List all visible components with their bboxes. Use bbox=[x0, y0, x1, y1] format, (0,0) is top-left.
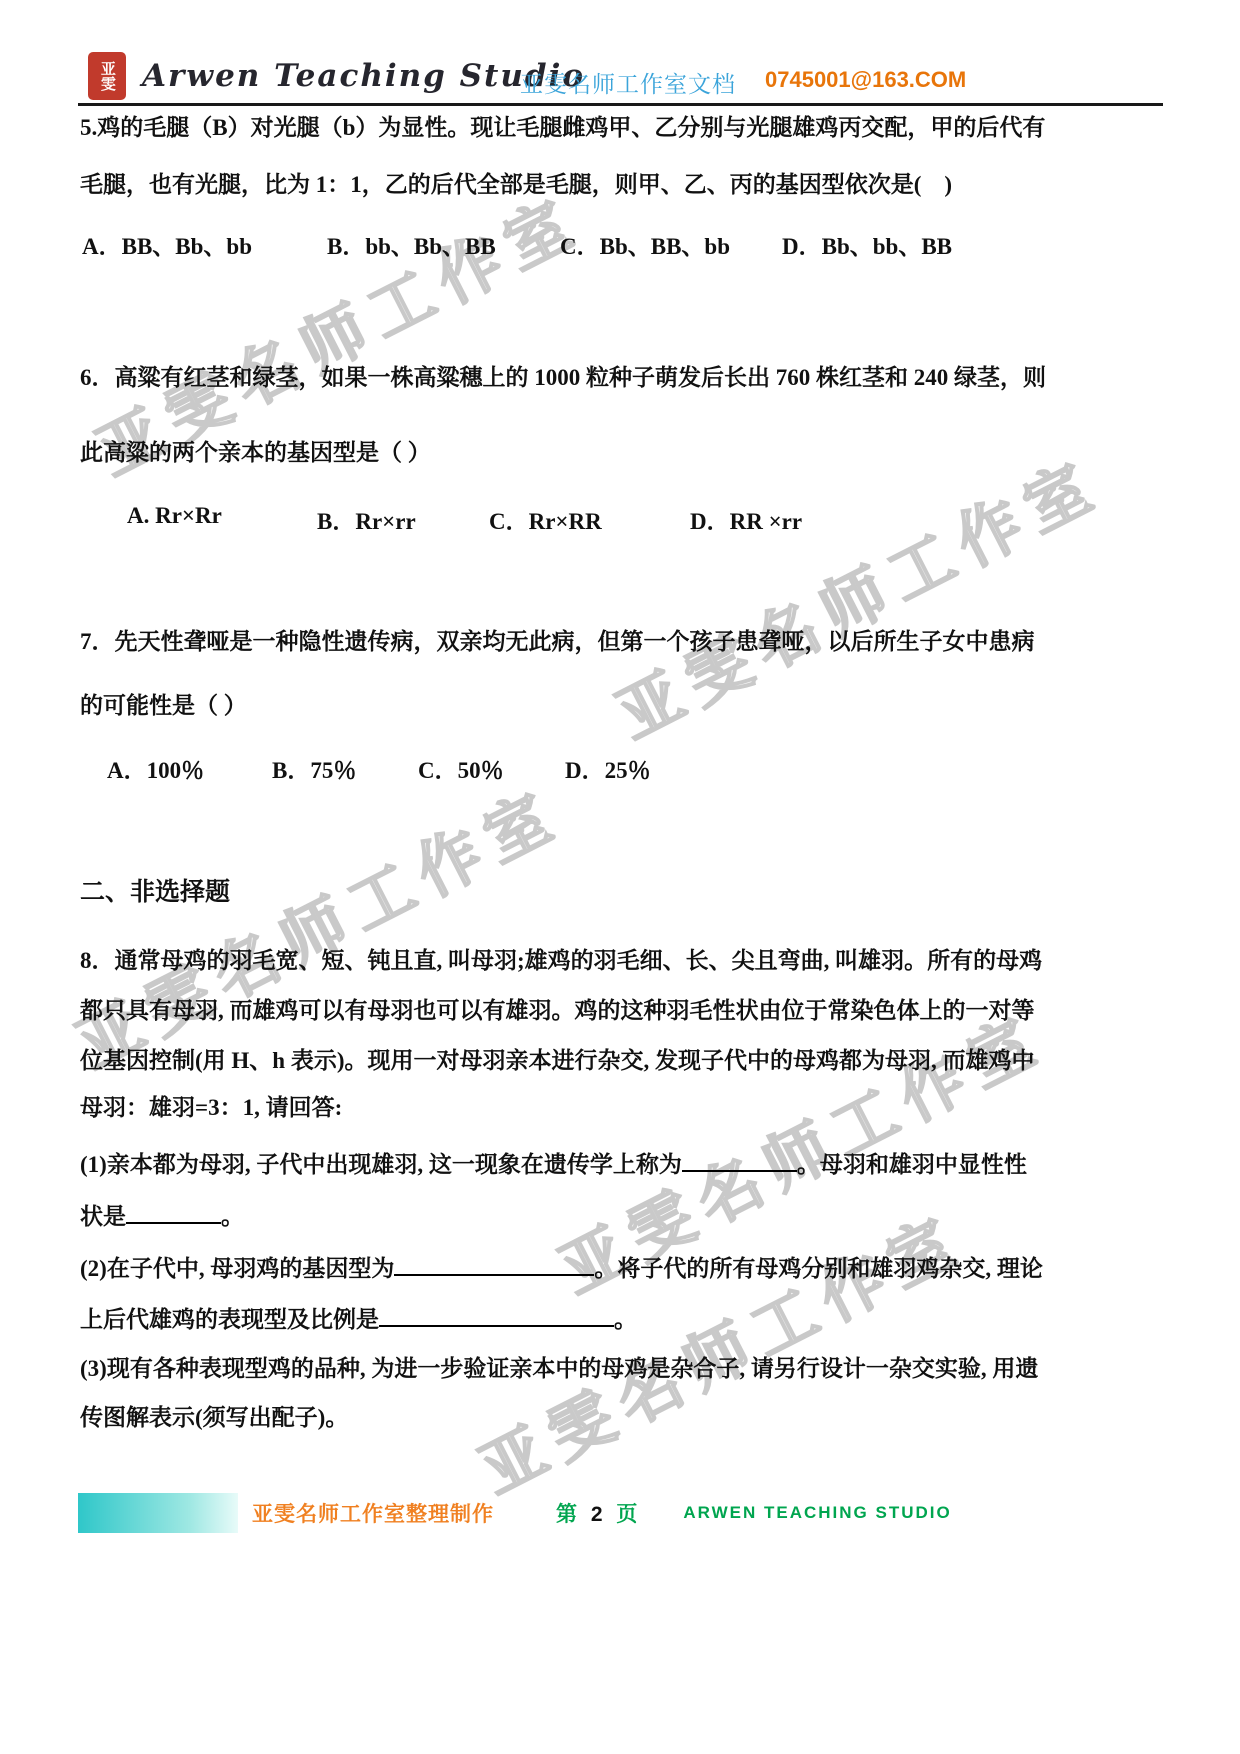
q8-sub1-text-c: 状是 bbox=[80, 1204, 126, 1229]
q5-options: A．BB、Bb、bb B．bb、Bb、BB C．Bb、BB、bb D．Bb、bb… bbox=[80, 228, 1162, 260]
q8-sub1-text-a: (1)亲本都为母羽, 子代中出现雄羽, 这一现象在遗传学上称为 bbox=[80, 1152, 682, 1177]
footer-page-suffix: 页 bbox=[616, 1503, 641, 1526]
q7-line2: 的可能性是（ ） bbox=[80, 690, 247, 722]
footer-studio-en: ARWEN TEACHING STUDIO bbox=[683, 1503, 951, 1523]
q7-option-b: B．75％ bbox=[272, 752, 356, 785]
q8-line3: 位基因控制(用 H、h 表示)。现用一对母羽亲本进行杂交, 发现子代中的母鸡都为… bbox=[80, 1045, 1035, 1077]
page-footer: 亚雯名师工作室整理制作 第 2 页 ARWEN TEACHING STUDIO bbox=[78, 1492, 1162, 1534]
studio-seal-logo: 亚雯 bbox=[88, 52, 126, 100]
q7-option-c: C．50％ bbox=[418, 752, 504, 785]
contact-email: 0745001@163.COM bbox=[765, 67, 966, 93]
q5-option-c: C．Bb、BB、bb bbox=[560, 228, 730, 261]
q5-option-b: B．bb、Bb、BB bbox=[327, 228, 496, 261]
studio-script-title: Arwen Teaching Studio bbox=[142, 58, 585, 94]
doc-label: 亚雯名师工作室文档 bbox=[520, 66, 736, 99]
q7-line1: 7．先天性聋哑是一种隐性遗传病，双亲均无此病，但第一个孩子患聋哑，以后所生子女中… bbox=[80, 626, 1035, 658]
footer-page-prefix: 第 bbox=[556, 1503, 581, 1526]
q5-option-a: A．BB、Bb、bb bbox=[82, 228, 252, 261]
q8-sub2-line2: 上后代雄鸡的表现型及比例是。 bbox=[80, 1303, 637, 1336]
footer-page-indicator: 第 2 页 bbox=[556, 1498, 641, 1528]
q7-options: A．100％ B．75％ C．50％ D．25％ bbox=[80, 752, 1162, 784]
q8-line2: 都只具有母羽, 而雄鸡可以有母羽也可以有雄羽。鸡的这种羽毛性状由位于常染色体上的… bbox=[80, 995, 1035, 1027]
section-2-title: 二、非选择题 bbox=[80, 872, 230, 908]
q8-sub2-text-c: 上后代雄鸡的表现型及比例是 bbox=[80, 1307, 379, 1332]
q6-option-c: C．Rr×RR bbox=[489, 503, 602, 536]
q7-option-a: A．100％ bbox=[107, 752, 204, 785]
q8-sub2-text-a: (2)在子代中, 母羽鸡的基因型为 bbox=[80, 1256, 394, 1281]
q8-sub2-text-d: 。 bbox=[614, 1307, 637, 1332]
q8-sub2-line1: (2)在子代中, 母羽鸡的基因型为。将子代的所有母鸡分别和雄羽鸡杂交, 理论 bbox=[80, 1252, 1043, 1285]
q8-sub1-line1: (1)亲本都为母羽, 子代中出现雄羽, 这一现象在遗传学上称为。母羽和雄羽中显性… bbox=[80, 1148, 1027, 1181]
q8-sub3-line2: 传图解表示(须写出配子)。 bbox=[80, 1402, 348, 1434]
q6-line1: 6．高粱有红茎和绿茎，如果一株高粱穗上的 1000 粒种子萌发后长出 760 株… bbox=[80, 362, 1046, 394]
content-layer: 亚雯 Arwen Teaching Studio 亚雯名师工作室文档 07450… bbox=[0, 0, 1240, 1754]
q6-line2: 此高粱的两个亲本的基因型是（ ） bbox=[80, 437, 431, 469]
footer-cyan-bar bbox=[78, 1493, 238, 1533]
q5-option-d: D．Bb、bb、BB bbox=[782, 228, 952, 261]
q6-option-a: A. Rr×Rr bbox=[127, 503, 222, 529]
header-divider bbox=[78, 103, 1163, 106]
q8-sub1-line2: 状是。 bbox=[80, 1200, 244, 1233]
q7-option-d: D．25％ bbox=[565, 752, 651, 785]
q8-sub1-blank2 bbox=[126, 1200, 221, 1224]
q6-options: A. Rr×Rr B．Rr×rr C．Rr×RR D．RR ×rr bbox=[80, 503, 1162, 535]
q8-line4: 母羽：雄羽=3：1, 请回答: bbox=[80, 1092, 342, 1124]
footer-page-number: 2 bbox=[591, 1503, 607, 1526]
q8-line1: 8．通常母鸡的羽毛宽、短、钝且直, 叫母羽;雄鸡的羽毛细、长、尖且弯曲, 叫雄羽… bbox=[80, 945, 1042, 977]
q5-line1: 5.鸡的毛腿（B）对光腿（b）为显性。现让毛腿雌鸡甲、乙分别与光腿雄鸡丙交配，甲… bbox=[80, 112, 1045, 144]
q8-sub1-text-b: 。母羽和雄羽中显性性 bbox=[797, 1152, 1027, 1177]
q8-sub3-line1: (3)现有各种表现型鸡的品种, 为进一步验证亲本中的母鸡是杂合子, 请另行设计一… bbox=[80, 1353, 1038, 1385]
document-page: 亚雯名师工作室 亚雯名师工作室 亚雯名师工作室 亚雯名师工作室 亚雯名师工作室 … bbox=[0, 0, 1240, 1754]
q8-sub2-blank2 bbox=[379, 1303, 614, 1327]
footer-made-by: 亚雯名师工作室整理制作 bbox=[252, 1498, 494, 1528]
q8-sub2-blank1 bbox=[394, 1252, 594, 1276]
q8-sub1-blank1 bbox=[682, 1148, 797, 1172]
q5-line2: 毛腿，也有光腿，比为 1：1，乙的后代全部是毛腿，则甲、乙、丙的基因型依次是( … bbox=[80, 169, 952, 201]
q6-option-b: B．Rr×rr bbox=[317, 503, 416, 536]
q6-option-d: D．RR ×rr bbox=[690, 503, 802, 536]
q8-sub2-text-b: 。将子代的所有母鸡分别和雄羽鸡杂交, 理论 bbox=[594, 1256, 1043, 1281]
q8-sub1-text-d: 。 bbox=[221, 1204, 244, 1229]
